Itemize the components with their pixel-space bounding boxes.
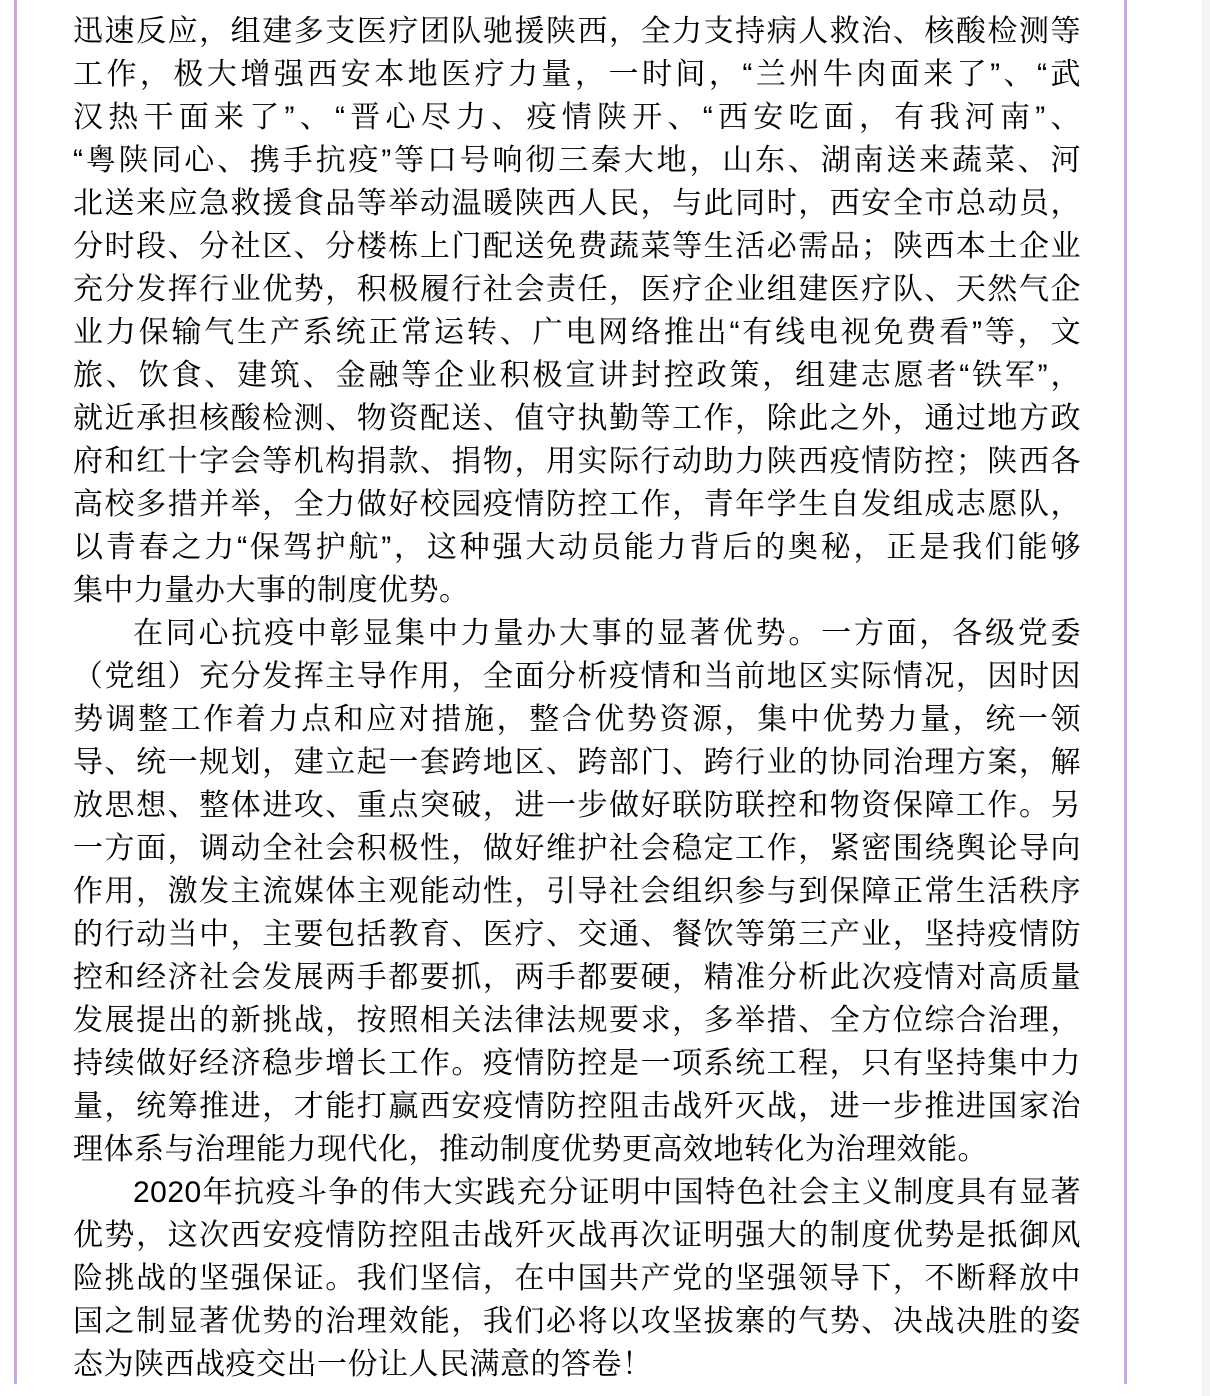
- right-edge-strip: [1202, 0, 1210, 1396]
- page-border-left: [14, 0, 17, 1384]
- text-line: 优势，这次西安疫情防控阻击战歼灭战再次证明强大的制度优势是抵御风: [73, 1214, 1081, 1257]
- text-line: 集中力量办大事的制度优势。: [73, 569, 1081, 612]
- text-line: 发展提出的新挑战，按照相关法律法规要求，多举措、全方位综合治理，: [73, 999, 1081, 1042]
- text-line: 势调整工作着力点和应对措施，整合优势资源，集中优势力量，统一领: [73, 698, 1081, 741]
- text-line: 作用，激发主流媒体主观能动性，引导社会组织参与到保障正常生活秩序: [73, 870, 1081, 913]
- text-line: 险挑战的坚强保证。我们坚信，在中国共产党的坚强领导下，不断释放中: [73, 1257, 1081, 1300]
- text-line: 一方面，调动全社会积极性，做好维护社会稳定工作，紧密围绕舆论导向: [73, 827, 1081, 870]
- text-line: 汉热干面来了”、“晋心尽力、疫情陕开、“西安吃面，有我河南”、: [73, 96, 1081, 139]
- text-line: 持续做好经济稳步增长工作。疫情防控是一项系统工程，只有坚持集中力: [73, 1042, 1081, 1085]
- text-line: 高校多措并举，全力做好校园疫情防控工作，青年学生自发组成志愿队，: [73, 483, 1081, 526]
- text-line: “粤陕同心、携手抗疫”等口号响彻三秦大地，山东、湖南送来蔬菜、河: [73, 139, 1081, 182]
- text-line: 的行动当中，主要包括教育、医疗、交通、餐饮等第三产业，坚持疫情防: [73, 913, 1081, 956]
- text-line: （党组）充分发挥主导作用，全面分析疫情和当前地区实际情况，因时因: [73, 655, 1081, 698]
- text-line: 充分发挥行业优势，积极履行社会责任，医疗企业组建医疗队、天然气企: [73, 268, 1081, 311]
- text-line: 导、统一规划，建立起一套跨地区、跨部门、跨行业的协同治理方案，解: [73, 741, 1081, 784]
- document-page: 迅速反应，组建多支医疗团队驰援陕西，全力支持病人救治、核酸检测等工作，极大增强西…: [0, 0, 1210, 1396]
- text-line: 旅、饮食、建筑、金融等企业积极宣讲封控政策，组建志愿者“铁军”，: [73, 354, 1081, 397]
- text-line: 量，统筹推进，才能打赢西安疫情防控阻击战歼灭战，进一步推进国家治: [73, 1085, 1081, 1128]
- text-line: 态为陕西战疫交出一份让人民满意的答卷！: [73, 1343, 1081, 1386]
- text-line: 控和经济社会发展两手都要抓，两手都要硬，精准分析此次疫情对高质量: [73, 956, 1081, 999]
- text-line: 北送来应急救援食品等举动温暖陕西人民，与此同时，西安全市总动员，: [73, 182, 1081, 225]
- text-line: 2020年抗疫斗争的伟大实践充分证明中国特色社会主义制度具有显著: [73, 1171, 1081, 1214]
- text-line: 在同心抗疫中彰显集中力量办大事的显著优势。一方面，各级党委: [73, 612, 1081, 655]
- text-line: 理体系与治理能力现代化，推动制度优势更高效地转化为治理效能。: [73, 1128, 1081, 1171]
- text-line: 放思想、整体进攻、重点突破，进一步做好联防联控和物资保障工作。另: [73, 784, 1081, 827]
- text-line: 迅速反应，组建多支医疗团队驰援陕西，全力支持病人救治、核酸检测等: [73, 10, 1081, 53]
- text-line: 就近承担核酸检测、物资配送、值守执勤等工作，除此之外，通过地方政: [73, 397, 1081, 440]
- text-line: 分时段、分社区、分楼栋上门配送免费蔬菜等生活必需品；陕西本土企业: [73, 225, 1081, 268]
- document-body: 迅速反应，组建多支医疗团队驰援陕西，全力支持病人救治、核酸检测等工作，极大增强西…: [73, 10, 1081, 1386]
- text-line: 以青春之力“保驾护航”，这种强大动员能力背后的奥秘，正是我们能够: [73, 526, 1081, 569]
- page-border-right: [1124, 0, 1127, 1384]
- text-line: 工作，极大增强西安本地医疗力量，一时间，“兰州牛肉面来了”、“武: [73, 53, 1081, 96]
- text-line: 府和红十字会等机构捐款、捐物，用实际行动助力陕西疫情防控；陕西各: [73, 440, 1081, 483]
- text-line: 业力保输气生产系统正常运转、广电网络推出“有线电视免费看”等，文: [73, 311, 1081, 354]
- text-line: 国之制显著优势的治理效能，我们必将以攻坚拔寨的气势、决战决胜的姿: [73, 1300, 1081, 1343]
